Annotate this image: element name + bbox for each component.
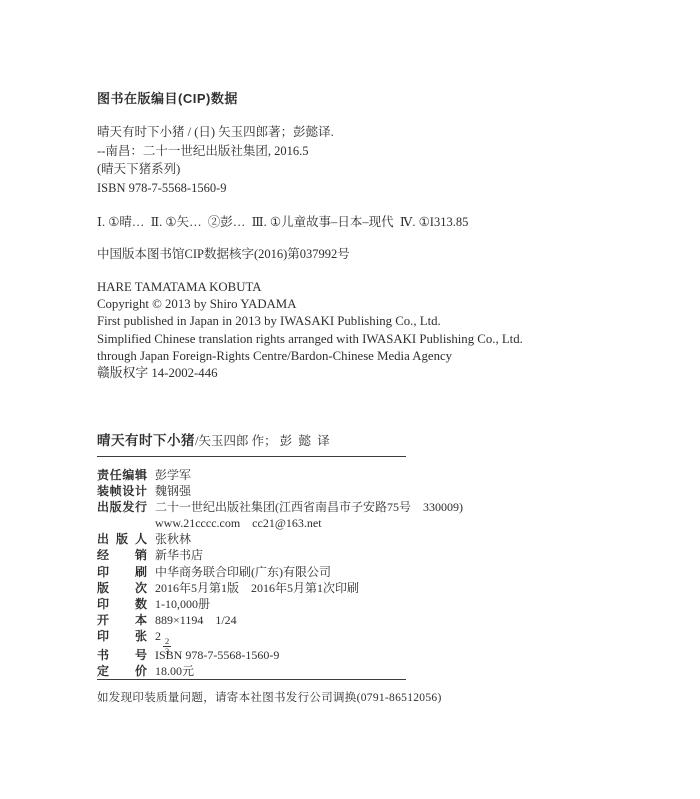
copyright-block: HARE TAMATAMA KOBUTA Copyright © 2013 by… bbox=[97, 279, 523, 382]
translation-rights-1: Simplified Chinese translation rights ar… bbox=[97, 331, 523, 348]
book-title-line: 晴天有时下小猪/矢玉四郎 作； 彭 懿 译 bbox=[97, 429, 330, 449]
row-value: 中华商务联合印刷(广东)有限公司 bbox=[155, 563, 331, 580]
sheet-whole: 2 bbox=[155, 629, 161, 643]
row-label: 出版人 bbox=[97, 530, 147, 547]
cip-series-line: (晴天下猪系列) bbox=[97, 160, 334, 179]
row-value: 2016年5月第1版 2016年5月第1次印刷 bbox=[155, 579, 359, 596]
colophon-row-print-run: 印数 1-10,000册 bbox=[97, 595, 577, 611]
row-value: 彭学军 bbox=[155, 466, 191, 483]
row-label: 出版发行 bbox=[97, 498, 147, 515]
row-label: 书号 bbox=[97, 646, 147, 663]
colophon: 责任编辑 彭学军 装帧设计 魏钢强 出版发行 二十一世纪出版社集团(江西省南昌市… bbox=[97, 466, 577, 678]
cip-classification: Ⅰ. ①晴… Ⅱ. ①矢… ②彭… Ⅲ. ①儿童故事–日本–现代 Ⅳ. ①I31… bbox=[97, 212, 468, 230]
row-value: 魏钢强 bbox=[155, 482, 191, 499]
row-label: 印刷 bbox=[97, 563, 147, 580]
copyright-holder: Copyright © 2013 by Shiro YADAMA bbox=[97, 296, 523, 313]
colophon-row-editor: 责任编辑 彭学军 bbox=[97, 466, 577, 482]
row-label: 装帧设计 bbox=[97, 482, 147, 499]
divider-top bbox=[97, 456, 406, 457]
row-label: 印数 bbox=[97, 595, 147, 612]
cip-isbn-line: ISBN 978-7-5568-1560-9 bbox=[97, 179, 334, 198]
row-label: 经销 bbox=[97, 546, 147, 563]
row-value: 二十一世纪出版社集团(江西省南昌市子安路75号 330009) bbox=[155, 498, 463, 515]
colophon-row-publisher: 出版发行 二十一世纪出版社集团(江西省南昌市子安路75号 330009) bbox=[97, 498, 577, 514]
row-value: 889×1194 1/24 bbox=[155, 611, 237, 628]
colophon-row-designer: 装帧设计 魏钢强 bbox=[97, 482, 577, 498]
colophon-row-website: www.21cccc.com cc21@163.net bbox=[97, 514, 577, 530]
row-value: 张秋林 bbox=[155, 530, 191, 547]
price-value: 18.00元 bbox=[155, 662, 194, 679]
quality-note: 如发现印装质量问题，请寄本社图书发行公司调换(0791-86512056) bbox=[97, 689, 442, 705]
original-title: HARE TAMATAMA KOBUTA bbox=[97, 279, 523, 296]
cip-header: 图书在版编目(CIP)数据 bbox=[97, 88, 238, 107]
colophon-row-format: 开本 889×1194 1/24 bbox=[97, 611, 577, 627]
isbn-value: ISBN 978-7-5568-1560-9 bbox=[155, 648, 279, 663]
copyright-page: 图书在版编目(CIP)数据 晴天有时下小猪 / (日) 矢玉四郎著；彭懿译. -… bbox=[0, 0, 700, 799]
cip-title-line: 晴天有时下小猪 / (日) 矢玉四郎著；彭懿译. bbox=[97, 123, 334, 142]
row-label: 责任编辑 bbox=[97, 466, 147, 483]
publisher-website-email: www.21cccc.com cc21@163.net bbox=[155, 514, 322, 531]
translation-rights-2: through Japan Foreign-Rights Centre/Bard… bbox=[97, 348, 523, 365]
row-label: 版次 bbox=[97, 579, 147, 596]
license-number: 赣版权字 14-2002-446 bbox=[97, 365, 523, 382]
row-label: 定价 bbox=[97, 662, 147, 679]
colophon-row-printer: 印刷 中华商务联合印刷(广东)有限公司 bbox=[97, 563, 577, 579]
colophon-row-sheets: 印张 223 bbox=[97, 627, 577, 646]
cip-publisher-line: --南昌：二十一世纪出版社集团, 2016.5 bbox=[97, 142, 334, 161]
book-authors: /矢玉四郎 作； 彭 懿 译 bbox=[195, 434, 330, 448]
row-label: 印张 bbox=[97, 627, 147, 644]
first-published: First published in Japan in 2013 by IWAS… bbox=[97, 313, 523, 330]
divider-bottom bbox=[97, 679, 406, 680]
cip-record-number: 中国版本图书馆CIP数据核字(2016)第037992号 bbox=[97, 244, 350, 262]
colophon-row-distributor: 经销 新华书店 bbox=[97, 546, 577, 562]
colophon-row-publisher-person: 出版人 张秋林 bbox=[97, 530, 577, 546]
colophon-row-price: 定价 18.00元 bbox=[97, 662, 577, 678]
row-value: 1-10,000册 bbox=[155, 595, 210, 612]
book-title: 晴天有时下小猪 bbox=[97, 433, 195, 448]
colophon-row-isbn: 书号 ISBN 978-7-5568-1560-9 bbox=[97, 646, 577, 662]
colophon-row-edition: 版次 2016年5月第1版 2016年5月第1次印刷 bbox=[97, 579, 577, 595]
row-label: 开本 bbox=[97, 611, 147, 628]
cip-description: 晴天有时下小猪 / (日) 矢玉四郎著；彭懿译. --南昌：二十一世纪出版社集团… bbox=[97, 123, 334, 197]
row-value: 新华书店 bbox=[155, 546, 203, 563]
